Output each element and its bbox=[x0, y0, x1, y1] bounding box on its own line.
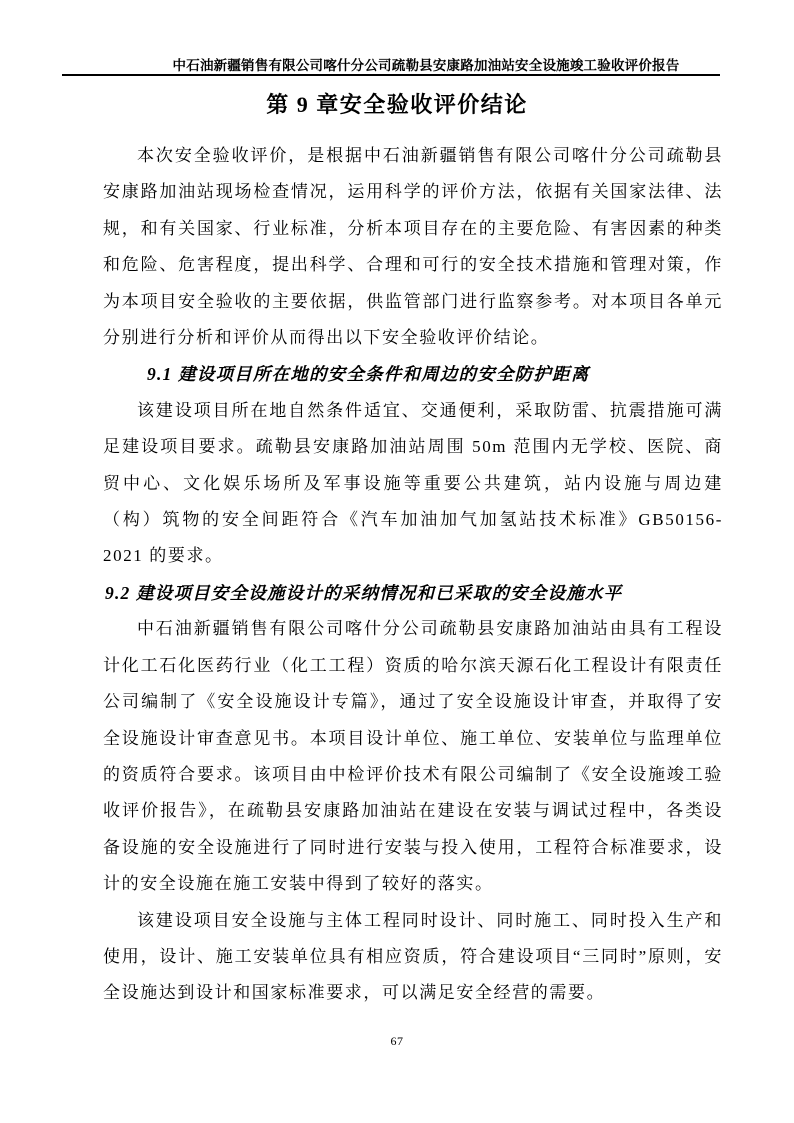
intro-paragraph: 本次安全验收评价，是根据中石油新疆销售有限公司喀什分公司疏勒县安康路加油站现场检… bbox=[103, 138, 723, 356]
page-number: 67 bbox=[0, 1034, 794, 1049]
page-header: 中石油新疆销售有限公司喀什分公司疏勒县安康路加油站安全设施竣工验收评价报告 bbox=[62, 54, 720, 74]
document-page: 中石油新疆销售有限公司喀什分公司疏勒县安康路加油站安全设施竣工验收评价报告 第 … bbox=[0, 0, 794, 1123]
section-9-2-heading: 9.2 建设项目安全设施设计的采纳情况和已采取的安全设施水平 bbox=[103, 575, 723, 611]
header-rule bbox=[62, 74, 720, 76]
section-9-2-paragraph-1: 中石油新疆销售有限公司喀什分公司疏勒县安康路加油站由具有工程设计化工石化医药行业… bbox=[103, 611, 723, 902]
section-9-1-heading: 9.1 建设项目所在地的安全条件和周边的安全防护距离 bbox=[103, 356, 723, 392]
header-title: 中石油新疆销售有限公司喀什分公司疏勒县安康路加油站安全设施竣工验收评价报告 bbox=[173, 58, 680, 73]
section-9-1-paragraph: 该建设项目所在地自然条件适宜、交通便利，采取防雷、抗震措施可满足建设项目要求。疏… bbox=[103, 393, 723, 575]
section-9-2-paragraph-2: 该建设项目安全设施与主体工程同时设计、同时施工、同时投入生产和使用，设计、施工安… bbox=[103, 903, 723, 1012]
document-body: 本次安全验收评价，是根据中石油新疆销售有限公司喀什分公司疏勒县安康路加油站现场检… bbox=[103, 138, 723, 1012]
chapter-title: 第 9 章安全验收评价结论 bbox=[0, 88, 794, 119]
